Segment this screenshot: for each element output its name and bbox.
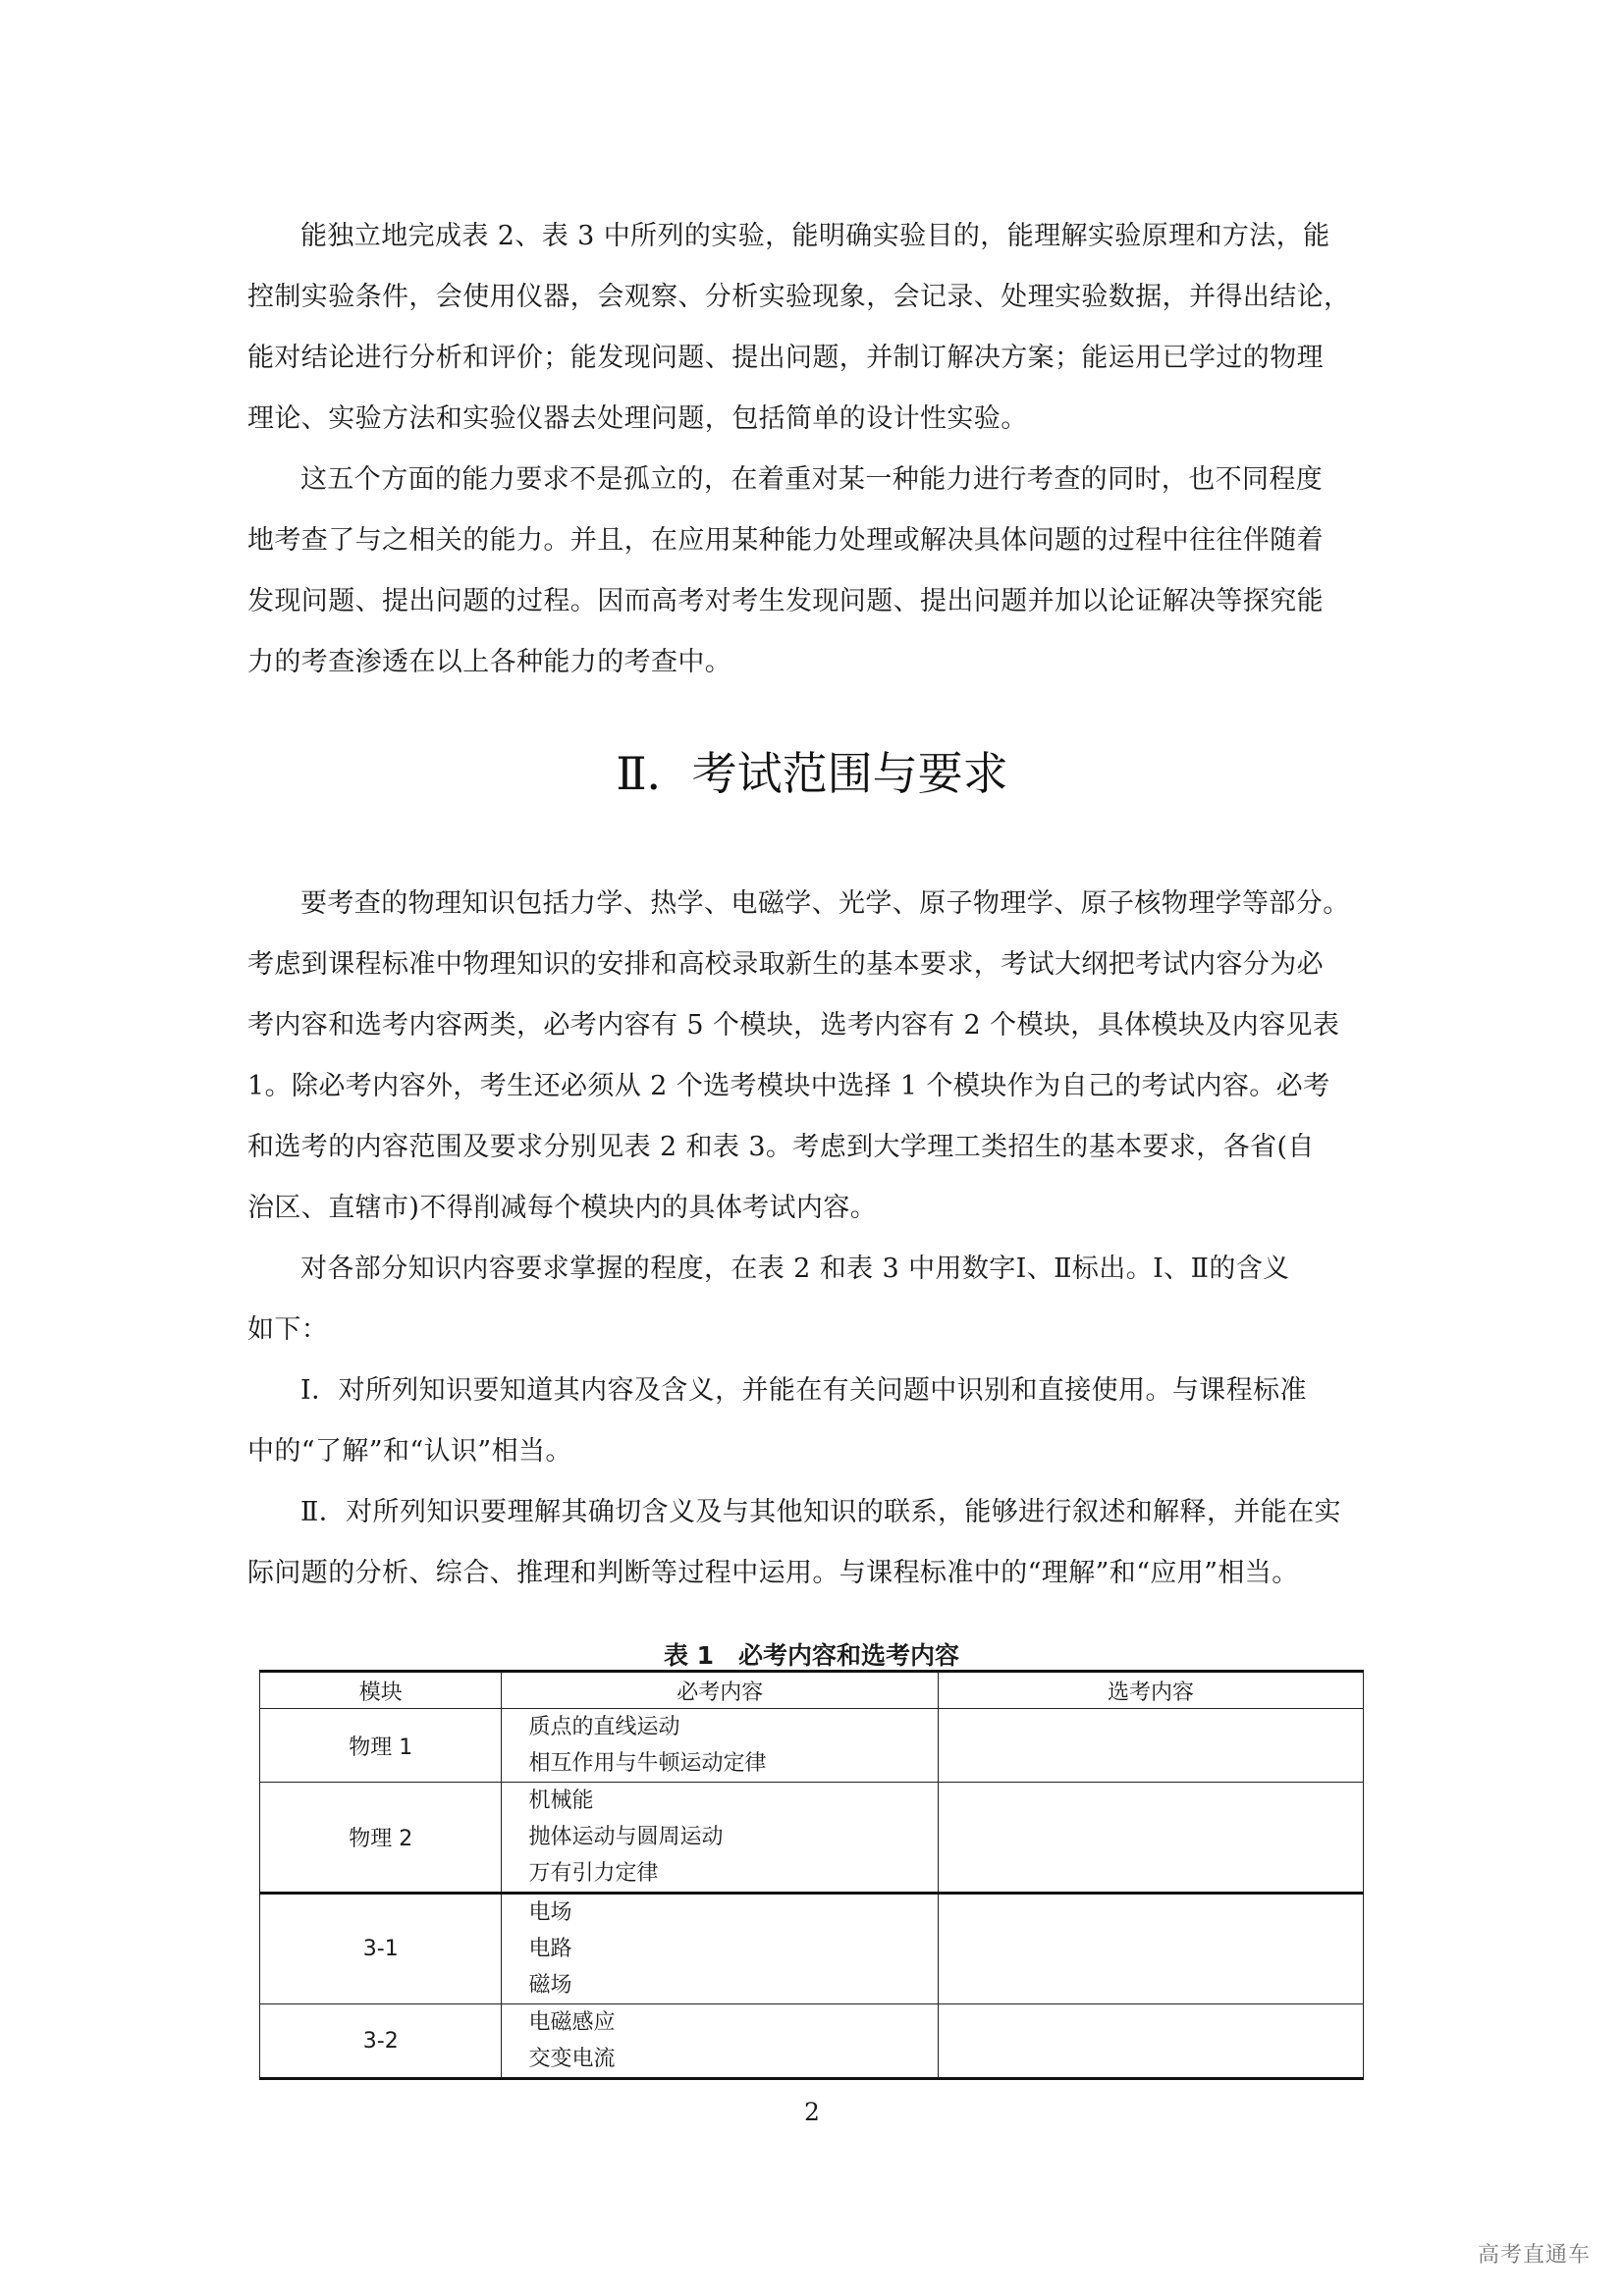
table-row: 物理 1 质点的直线运动 相互作用与牛顿运动定律 [260,1709,1364,1783]
document-page: 能独立地完成表 2、表 3 中所列的实验，能明确实验目的，能理解实验原理和方法，… [0,0,1624,2296]
text-line: 控制实验条件，会使用仪器，会观察、分析实验现象，会记录、处理实验数据，并得出结论… [247,267,1386,328]
header-required: 必考内容 [502,1672,938,1709]
optional-cell [938,1709,1363,1783]
module-cell: 物理 2 [260,1783,502,1894]
module-cell: 3-2 [260,2004,502,2079]
text-line: 对各部分知识内容要求掌握的程度，在表 2 和表 3 中用数字Ⅰ、Ⅱ标出。Ⅰ、Ⅱ的… [247,1239,1386,1300]
required-item: 抛体运动与圆周运动 [528,1819,937,1855]
paragraph-level-two: Ⅱ．对所列知识要理解其确切含义及与其他知识的联系，能够进行叙述和解释，并能在实 … [247,1482,1386,1604]
section-title: Ⅱ．考试范围与要求 [0,744,1624,803]
text-line: 能独立地完成表 2、表 3 中所列的实验，能明确实验目的，能理解实验原理和方法，… [247,206,1386,267]
text-line: 发现问题、提出问题的过程。因而高考对考生发现问题、提出问题并加以论证解决等探究能 [247,571,1386,632]
required-item: 交变电流 [528,2041,937,2077]
page-number: 2 [0,2098,1624,2127]
required-item: 质点的直线运动 [528,1709,937,1745]
required-item: 电场 [528,1895,937,1931]
required-cell: 电场 电路 磁场 [502,1894,938,2004]
text-line: 要考查的物理知识包括力学、热学、电磁学、光学、原子物理学、原子核物理学等部分。 [247,874,1386,934]
text-line: 地考查了与之相关的能力。并且，在应用某种能力处理或解决具体问题的过程中往往伴随着 [247,510,1386,571]
watermark: 高考直通车 [1478,2242,1591,2269]
text-line: 能对结论进行分析和评价；能发现问题、提出问题，并制订解决方案；能运用已学过的物理 [247,328,1386,389]
text-line: 和选考的内容范围及要求分别见表 2 和表 3。考虑到大学理工类招生的基本要求，各… [247,1117,1386,1178]
text-line: 1。除必考内容外，考生还必须从 2 个选考模块中选择 1 个模块作为自己的考试内… [247,1056,1386,1117]
required-item: 磁场 [528,1967,937,2003]
text-line: 中的“了解”和“认识”相当。 [247,1421,1386,1482]
required-item: 机械能 [528,1783,937,1819]
paragraph-level-one: Ⅰ．对所列知识要知道其内容及含义，并能在有关问题中识别和直接使用。与课程标准 中… [247,1361,1386,1482]
optional-cell [938,1783,1363,1894]
table-header-row: 模块 必考内容 选考内容 [260,1672,1364,1709]
modules-table: 模块 必考内容 选考内容 物理 1 质点的直线运动 相互作用与牛顿运动定律 物理… [259,1670,1364,2080]
required-item: 万有引力定律 [528,1855,937,1892]
text-line: 这五个方面的能力要求不是孤立的，在着重对某一种能力进行考查的同时，也不同程度 [247,450,1386,510]
text-line: Ⅰ．对所列知识要知道其内容及含义，并能在有关问题中识别和直接使用。与课程标准 [247,1361,1386,1421]
required-item: 电磁感应 [528,2004,937,2041]
text-line: 考内容和选考内容两类，必考内容有 5 个模块，选考内容有 2 个模块，具体模块及… [247,995,1386,1056]
module-cell: 3-1 [260,1894,502,2004]
optional-cell [938,1894,1363,2004]
text-line: Ⅱ．对所列知识要理解其确切含义及与其他知识的联系，能够进行叙述和解释，并能在实 [247,1482,1386,1543]
table-row: 物理 2 机械能 抛体运动与圆周运动 万有引力定律 [260,1783,1364,1894]
paragraph-experiment-ability: 能独立地完成表 2、表 3 中所列的实验，能明确实验目的，能理解实验原理和方法，… [247,206,1386,450]
required-item: 电路 [528,1931,937,1967]
table-row: 3-2 电磁感应 交变电流 [260,2004,1364,2079]
text-line: 际问题的分析、综合、推理和判断等过程中运用。与课程标准中的“理解”和“应用”相当… [247,1543,1386,1604]
text-line: 力的考查渗透在以上各种能力的考查中。 [247,632,1386,693]
text-line: 考虑到课程标准中物理知识的安排和高校录取新生的基本要求，考试大纲把考试内容分为必 [247,934,1386,995]
table-caption: 表 1 必考内容和选考内容 [259,1641,1364,1671]
paragraph-ability-interrelation: 这五个方面的能力要求不是孤立的，在着重对某一种能力进行考查的同时，也不同程度 地… [247,450,1386,693]
required-cell: 机械能 抛体运动与圆周运动 万有引力定律 [502,1783,938,1894]
header-optional: 选考内容 [938,1672,1363,1709]
text-line: 如下： [247,1300,1386,1361]
paragraph-exam-scope: 要考查的物理知识包括力学、热学、电磁学、光学、原子物理学、原子核物理学等部分。 … [247,874,1386,1239]
required-cell: 质点的直线运动 相互作用与牛顿运动定律 [502,1709,938,1783]
table-row: 3-1 电场 电路 磁场 [260,1894,1364,2004]
required-cell: 电磁感应 交变电流 [502,2004,938,2079]
paragraph-mastery-levels: 对各部分知识内容要求掌握的程度，在表 2 和表 3 中用数字Ⅰ、Ⅱ标出。Ⅰ、Ⅱ的… [247,1239,1386,1361]
optional-cell [938,2004,1363,2079]
text-line: 治区、直辖市)不得削减每个模块内的具体考试内容。 [247,1178,1386,1239]
required-item: 相互作用与牛顿运动定律 [528,1745,937,1782]
module-cell: 物理 1 [260,1709,502,1783]
header-module: 模块 [260,1672,502,1709]
text-line: 理论、实验方法和实验仪器去处理问题，包括简单的设计性实验。 [247,389,1386,450]
